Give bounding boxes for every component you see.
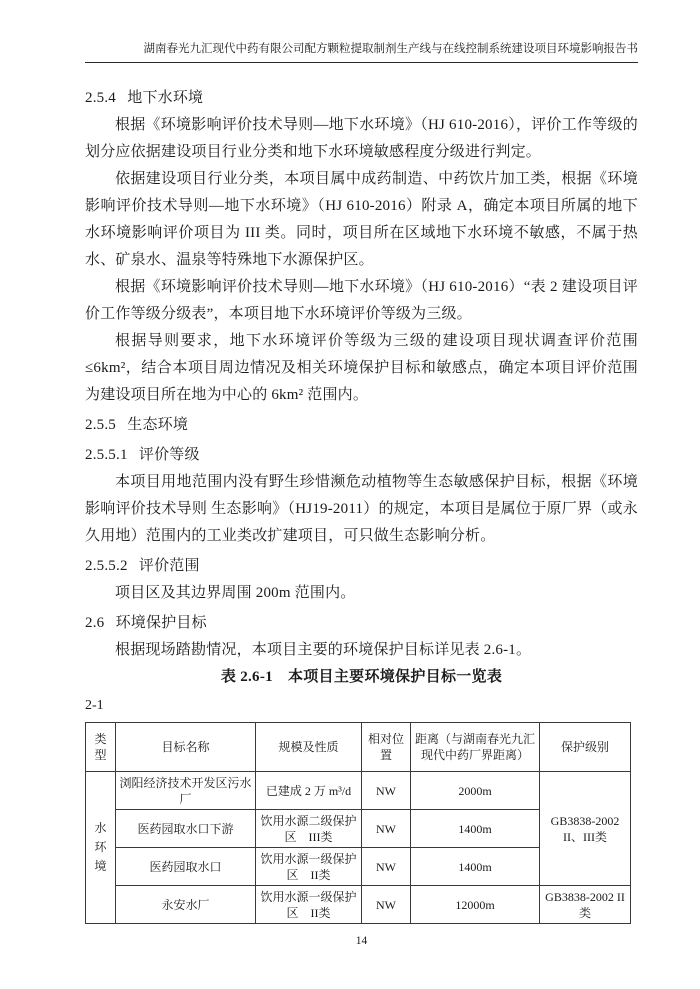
paragraph-ecology-1: 本项目用地范围内没有野生珍惜濒危动植物等生态敏感保护目标，根据《环境影响评价技术… [85, 469, 638, 550]
section-heading-2-5-5: 2.5.5生态环境 [85, 412, 638, 439]
section-heading-2-5-5-1: 2.5.5.1评价等级 [85, 442, 638, 469]
scale-cell: 饮用水源一级保护区 II类 [256, 848, 362, 886]
section-heading-2-5-4: 2.5.4地下水环境 [85, 85, 638, 112]
protection-targets-table: 类型 目标名称 规模及性质 相对位置 距离（与湖南春光九汇现代中药厂界距离） 保… [85, 722, 631, 924]
table-header-row: 类型 目标名称 规模及性质 相对位置 距离（与湖南春光九汇现代中药厂界距离） 保… [86, 723, 631, 772]
distance-cell: 1400m [411, 848, 540, 886]
heading-title: 生态环境 [127, 417, 188, 433]
paragraph-groundwater-3: 根据《环境影响评价技术导则—地下水环境》（HJ 610-2016）“表 2 建设… [85, 274, 638, 328]
table-row: 水环境 浏阳经济技术开发区污水厂 已建成 2 万 m³/d NW 2000m G… [86, 772, 631, 810]
table-caption-number: 表 2.6-1 [221, 669, 273, 685]
heading-title: 地下水环境 [127, 90, 203, 106]
position-cell: NW [362, 810, 411, 848]
heading-title: 评价等级 [139, 447, 200, 463]
position-cell: NW [362, 772, 411, 810]
heading-title: 评价范围 [139, 558, 200, 574]
category-label: 水环境 [95, 819, 107, 876]
report-title: 湖南春光九汇现代中药有限公司配方颗粒提取制剂生产线与在线控制系统建设项目环境影响… [144, 43, 639, 55]
target-name-cell: 永安水厂 [116, 886, 256, 924]
protection-level-cell: GB3838-2002 II、III类 [540, 772, 631, 886]
heading-number: 2.5.5 [85, 417, 116, 433]
header-cell-protection-level: 保护级别 [540, 723, 631, 772]
header-cell-type: 类型 [86, 723, 116, 772]
table-caption: 表 2.6-1本项目主要环境保护目标一览表 [85, 664, 638, 691]
paragraph-protection-targets-intro: 根据现场踏勘情况，本项目主要的环境保护目标详见表 2.6-1。 [85, 637, 638, 664]
target-name-cell: 浏阳经济技术开发区污水厂 [116, 772, 256, 810]
section-heading-2-5-5-2: 2.5.5.2评价范围 [85, 553, 638, 580]
paragraph-ecology-scope: 项目区及其边界周围 200m 范围内。 [85, 580, 638, 607]
position-cell: NW [362, 886, 411, 924]
protection-level-cell: GB3838-2002 II类 [540, 886, 631, 924]
table-caption-title: 本项目主要环境保护目标一览表 [288, 669, 502, 685]
section-heading-2-6: 2.6环境保护目标 [85, 610, 638, 637]
distance-cell: 1400m [411, 810, 540, 848]
heading-number: 2.6 [85, 615, 104, 631]
scale-cell: 已建成 2 万 m³/d [256, 772, 362, 810]
document-page: 湖南春光九汇现代中药有限公司配方颗粒提取制剂生产线与在线控制系统建设项目环境影响… [0, 0, 700, 989]
scale-cell: 饮用水源一级保护区 II类 [256, 886, 362, 924]
header-cell-distance: 距离（与湖南春光九汇现代中药厂界距离） [411, 723, 540, 772]
page-number: 14 [356, 935, 368, 947]
table-row: 永安水厂 饮用水源一级保护区 II类 NW 12000m GB3838-2002… [86, 886, 631, 924]
heading-title: 环境保护目标 [116, 615, 207, 631]
heading-number: 2.5.5.1 [85, 447, 128, 463]
category-cell-water-environment: 水环境 [86, 772, 116, 924]
target-name-cell: 医药园取水口 [116, 848, 256, 886]
target-name-cell: 医药园取水口下游 [116, 810, 256, 848]
heading-number: 2.5.4 [85, 90, 116, 106]
paragraph-groundwater-2: 依据建设项目行业分类，本项目属中成药制造、中药饮片加工类，根据《环境影响评价技术… [85, 166, 638, 274]
header-cell-position: 相对位置 [362, 723, 411, 772]
heading-number: 2.5.5.2 [85, 558, 128, 574]
running-header: 湖南春光九汇现代中药有限公司配方颗粒提取制剂生产线与在线控制系统建设项目环境影响… [85, 41, 638, 63]
scale-cell: 饮用水源二级保护区 III类 [256, 810, 362, 848]
table-continuation-label: 2-1 [85, 694, 638, 717]
distance-cell: 12000m [411, 886, 540, 924]
distance-cell: 2000m [411, 772, 540, 810]
document-body: 2.5.4地下水环境 根据《环境影响评价技术导则—地下水环境》（HJ 610-2… [85, 85, 638, 924]
paragraph-groundwater-1: 根据《环境影响评价技术导则—地下水环境》（HJ 610-2016），评价工作等级… [85, 112, 638, 166]
header-cell-target-name: 目标名称 [116, 723, 256, 772]
position-cell: NW [362, 848, 411, 886]
paragraph-groundwater-4: 根据导则要求，地下水环境评价等级为三级的建设项目现状调查评价范围≤6km²，结合… [85, 328, 638, 409]
header-cell-scale: 规模及性质 [256, 723, 362, 772]
page-footer: 14 [85, 935, 638, 947]
